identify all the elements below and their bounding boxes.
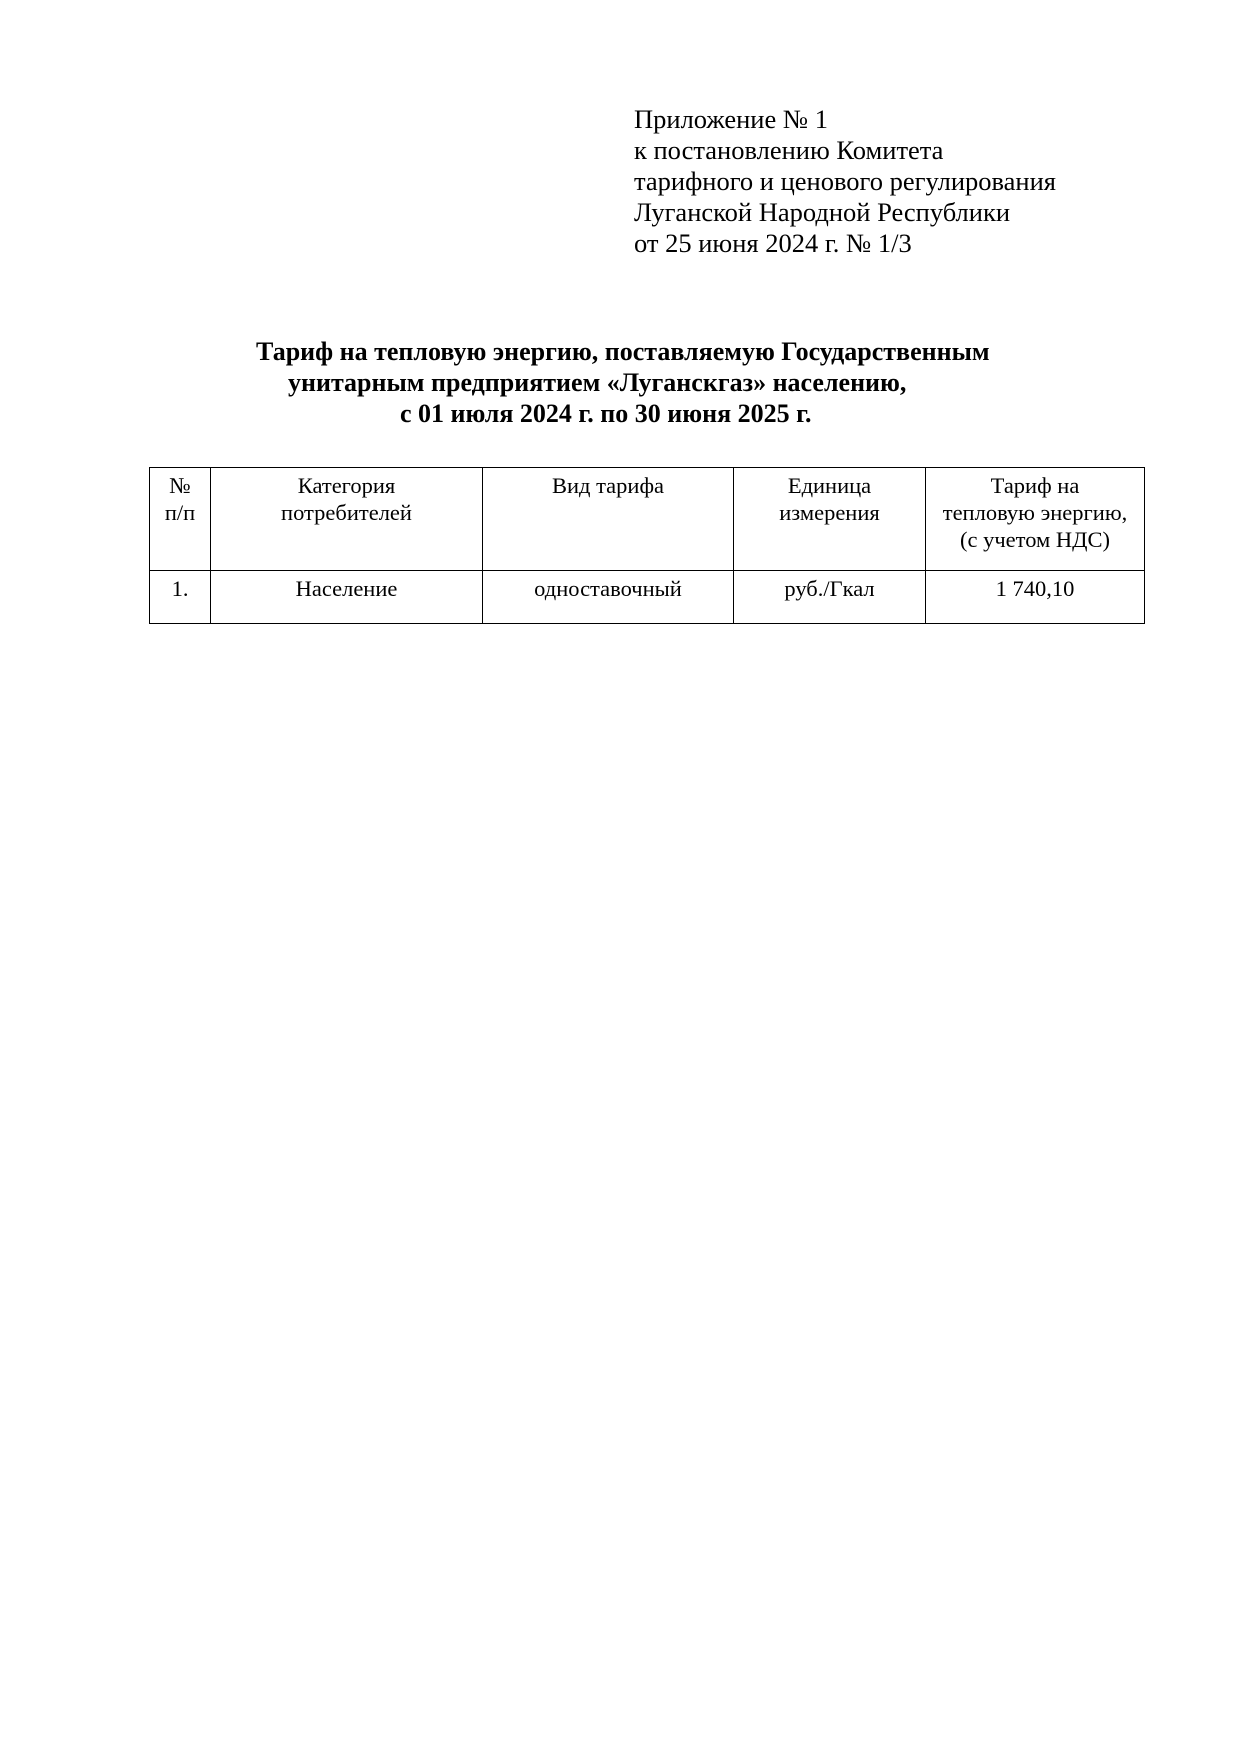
title-line: унитарным предприятием «Луганскгаз» насе…: [288, 367, 906, 398]
header-tariff-type: Вид тарифа: [483, 468, 734, 571]
header-unit: Единица измерения: [734, 468, 926, 571]
cell-unit: руб./Гкал: [734, 571, 926, 624]
table-header-row: № п/п Категория потребителей Вид тарифа …: [150, 468, 1145, 571]
appendix-line: Луганской Народной Республики: [634, 197, 1056, 228]
cell-tariff-type: одноставочный: [483, 571, 734, 624]
header-number: № п/п: [150, 468, 211, 571]
appendix-line: от 25 июня 2024 г. № 1/3: [634, 228, 1056, 259]
appendix-line: Приложение № 1: [634, 104, 1056, 135]
header-tariff-value: Тариф на тепловую энергию, (с учетом НДС…: [926, 468, 1145, 571]
appendix-line: к постановлению Комитета: [634, 135, 1056, 166]
header-category: Категория потребителей: [211, 468, 483, 571]
cell-category: Население: [211, 571, 483, 624]
appendix-line: тарифного и ценового регулирования: [634, 166, 1056, 197]
table-row: 1. Население одноставочный руб./Гкал 1 7…: [150, 571, 1145, 624]
cell-number: 1.: [150, 571, 211, 624]
tariff-table: № п/п Категория потребителей Вид тарифа …: [149, 467, 1145, 624]
appendix-block: Приложение № 1 к постановлению Комитета …: [634, 104, 1056, 259]
title-line: с 01 июля 2024 г. по 30 июня 2025 г.: [400, 398, 812, 429]
cell-tariff-value: 1 740,10: [926, 571, 1145, 624]
title-line: Тариф на тепловую энергию, поставляемую …: [256, 336, 990, 367]
